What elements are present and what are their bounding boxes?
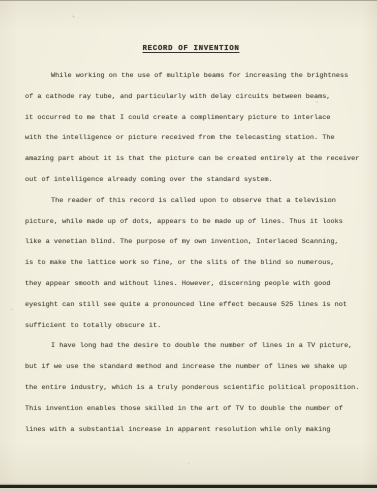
body-line: The reader of this record is called upon…	[25, 191, 357, 212]
body-line: lines with a substantial increase in app…	[25, 420, 357, 441]
body-line: with the intelligence or picture receive…	[25, 128, 357, 149]
body-line: the entire industry, which is a truly po…	[25, 378, 357, 399]
body-line: but if we use the standard method and in…	[25, 357, 357, 378]
scan-edge-bottom-strip	[0, 488, 377, 492]
document-body: While working on the use of multiple bea…	[25, 66, 357, 440]
document-title: RECORD OF INVENTION	[25, 44, 357, 54]
body-line: eyesight can still see quite a pronounce…	[25, 295, 357, 316]
body-line: of a cathode ray tube, and particularly …	[25, 87, 357, 108]
body-line: picture, while made up of dots, appears …	[25, 212, 357, 233]
body-line: it occurred to me that I could create a …	[25, 108, 357, 129]
body-line: they appear smooth and without lines. Ho…	[25, 274, 357, 295]
body-line: like a venetian blind. The purpose of my…	[25, 232, 357, 253]
body-line: out of intelligence already coming over …	[25, 170, 357, 191]
scanned-document-page: { "colors": { "paper": "#f2eedd", "ink":…	[0, 0, 377, 492]
body-line: sufficient to totally obscure it.	[25, 316, 357, 337]
body-line: This invention enables those skilled in …	[25, 399, 357, 420]
body-line: is to make the lattice work so fine, or …	[25, 253, 357, 274]
document-page: RECORD OF INVENTION While working on the…	[0, 0, 377, 492]
body-line: amazing part about it is that the pictur…	[25, 149, 357, 170]
body-line: While working on the use of multiple bea…	[25, 66, 357, 87]
body-line: I have long had the desire to double the…	[25, 336, 357, 357]
